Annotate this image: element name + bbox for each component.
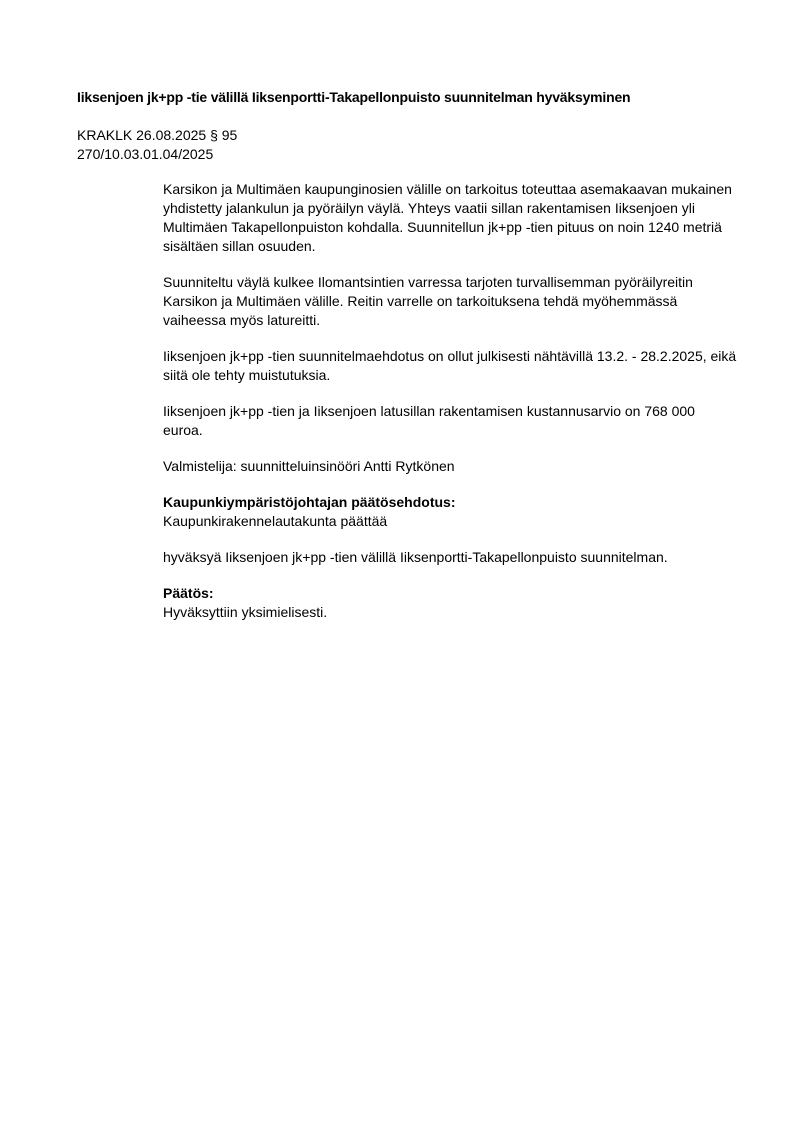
- proposal-text: hyväksyä Iiksenjoen jk+pp -tien välillä …: [163, 548, 738, 567]
- proposal-heading: Kaupunkiympäristöjohtajan päätösehdotus:: [163, 493, 738, 512]
- paragraph-route: Suunniteltu väylä kulkee Ilomantsintien …: [163, 273, 738, 330]
- paragraph-preparer: Valmistelija: suunnitteluinsinööri Antti…: [163, 457, 738, 476]
- meeting-reference: KRAKLK 26.08.2025 § 95: [77, 126, 237, 145]
- paragraph-background: Karsikon ja Multimäen kaupunginosien väl…: [163, 180, 738, 256]
- decision-heading: Päätös:: [163, 584, 738, 603]
- document-meta: KRAKLK 26.08.2025 § 95 270/10.03.01.04/2…: [77, 126, 237, 164]
- document-body: Karsikon ja Multimäen kaupunginosien väl…: [163, 180, 738, 639]
- paragraph-cost-estimate: Iiksenjoen jk+pp -tien ja Iiksenjoen lat…: [163, 402, 738, 440]
- proposal-intro: Kaupunkirakennelautakunta päättää: [163, 512, 738, 531]
- decision-text: Hyväksyttiin yksimielisesti.: [163, 603, 738, 622]
- record-id: 270/10.03.01.04/2025: [77, 145, 237, 164]
- document-title: Iiksenjoen jk+pp -tie välillä Iiksenport…: [77, 89, 630, 105]
- paragraph-public-display: Iiksenjoen jk+pp -tien suunnitelmaehdotu…: [163, 347, 738, 385]
